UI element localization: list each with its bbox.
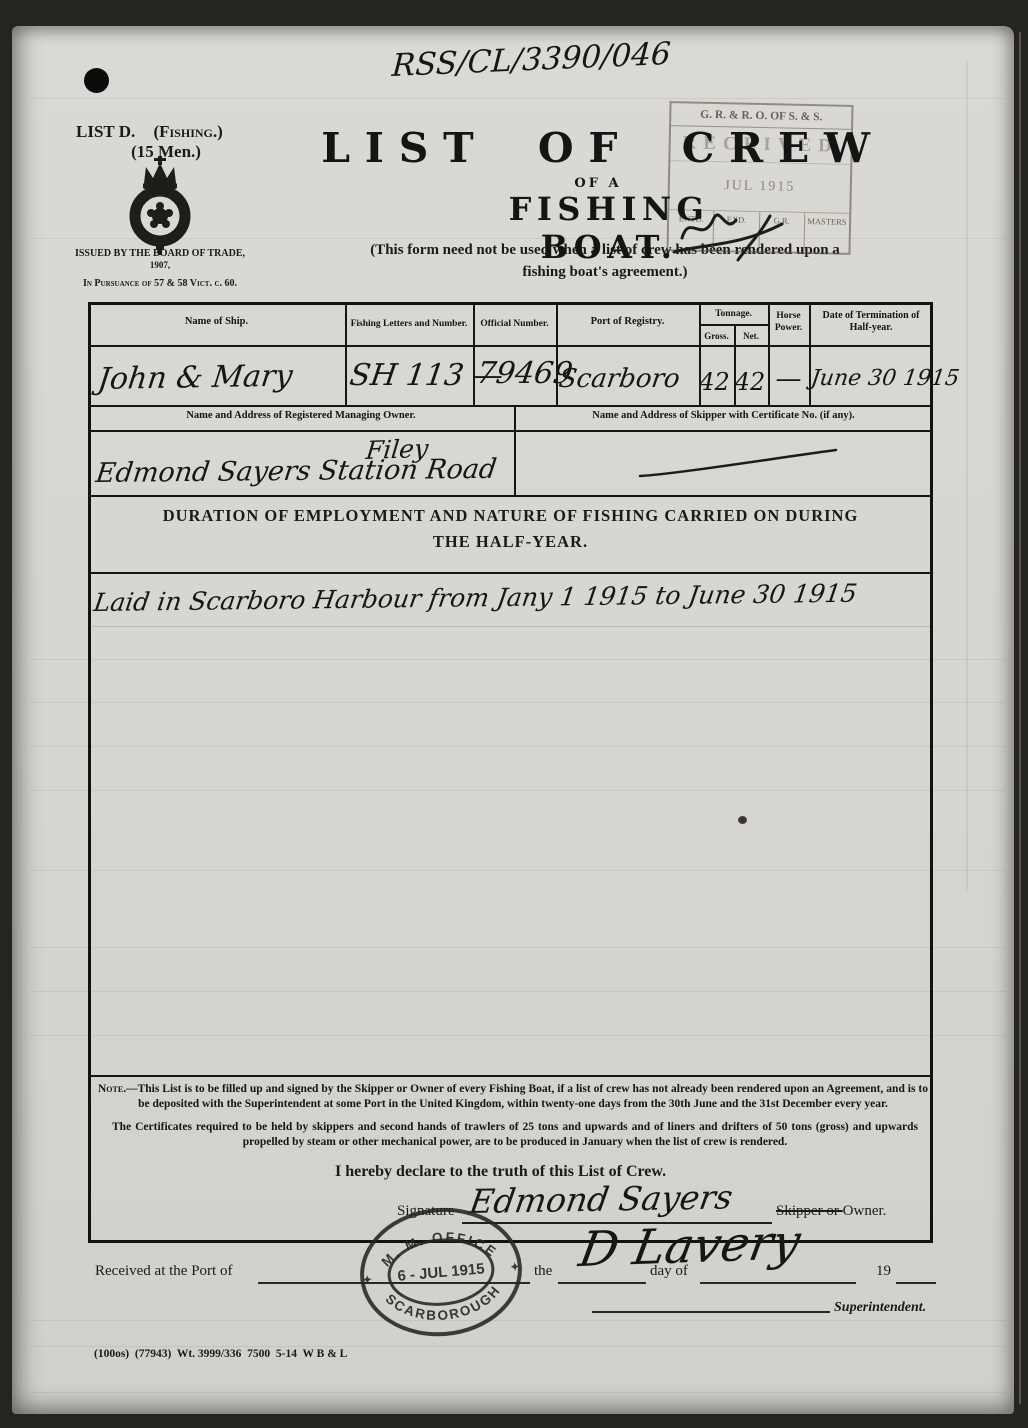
note-text-1: This List is to be filled up and signed … [138,1083,928,1110]
print-code: (100os) (77943) Wt. 3999/336 7500 5-14 W… [94,1348,347,1360]
header-fishing-letters: Fishing Letters and Number. [345,318,473,330]
stamp-right-mark: ✦ [510,1261,520,1274]
table-line [88,1075,933,1077]
show-through-line [30,98,1005,99]
entry-owner-name-address: Edmond Sayers Station Road [94,454,498,489]
skipper-dash-mark [636,444,842,480]
of-a-label: OF A [548,176,648,191]
table-line [88,405,933,407]
stamp-left-mark: ✦ [362,1274,372,1287]
declaration-statement: I hereby declare to the truth of this Li… [335,1163,666,1181]
issued-year: 1907, [60,260,260,270]
year-prefix: 19 [876,1263,891,1280]
fishing-label: (Fishing.) [153,122,222,141]
header-horse-power: Horse Power. [768,310,809,334]
mm-office-stamp: M. M. OFFICE SCARBOROUGH 6 - JUL 1915 ✦ … [348,1197,535,1348]
table-line [88,345,933,347]
superintendent-signature: D Lavery [575,1214,805,1278]
duration-heading-line2: THE HALF-YEAR. [88,532,933,552]
pursuance-line: In Pursuance of 57 & 58 Vict. c. 60. [52,278,268,289]
the-label: the [534,1263,552,1280]
note-text-2: The Certificates required to be held by … [112,1121,918,1148]
header-name-of-ship: Name of Ship. [88,316,345,328]
issued-by-line: ISSUED BY THE BOARD OF TRADE, [60,248,260,259]
header-skipper: Name and Address of Skipper with Certifi… [514,410,933,422]
note-paragraph-2: The Certificates required to be held by … [112,1120,918,1149]
entry-gross: 42 [697,368,732,396]
note-label: Note.— [98,1083,138,1095]
header-port-of-registry: Port of Registry. [556,316,699,328]
note-paragraph-1: Note.—This List is to be filled up and s… [98,1082,928,1111]
blank-line [592,1311,830,1313]
header-net: Net. [734,330,768,342]
owner-word: Owner. [843,1203,887,1219]
table-line [88,430,933,432]
stamp-date-text: 6 - JUL 1915 [397,1260,485,1285]
paper-crease [966,60,968,890]
handwritten-mark [668,194,788,264]
blank-line [896,1282,936,1284]
scanned-document: RSS/CL/3390/046 LIST D. (Fishing.) (15 M… [0,0,1028,1428]
stacked-page-edge [1019,32,1021,1404]
show-through-line [30,1392,1005,1393]
header-tonnage: Tonnage. [699,308,768,320]
header-managing-owner: Name and Address of Registered Managing … [88,410,514,422]
header-gross: Gross. [699,330,734,342]
stamp-cell-masters: MASTERS [804,213,849,252]
punch-hole [84,68,109,93]
duration-heading-line1: DURATION OF EMPLOYMENT AND NATURE OF FIS… [88,506,933,526]
entry-name-of-ship: John & Mary [96,359,295,397]
header-termination: Date of Termination of Half-year. [811,310,931,334]
list-label: LIST D. [76,122,135,141]
page-title: LIST OF CREW [308,124,898,172]
entry-port-of-registry: Scarboro [557,364,682,394]
blank-line [558,1282,646,1284]
entry-termination: June 30 1915 [809,366,961,391]
entry-net: 42 [733,368,767,396]
blank-line [700,1282,856,1284]
entry-horse-power: — [768,364,809,394]
header-official-number: Official Number. [473,318,556,330]
received-at-label: Received at the Port of [95,1263,232,1280]
table-line [88,495,933,497]
list-designation: LIST D. (Fishing.) [76,122,223,142]
show-through-line [30,1346,1005,1347]
superintendent-label: Superintendent. [834,1300,926,1316]
usage-note-line2: fishing boat's agreement.) [295,264,915,281]
board-of-trade-crest-icon [123,156,197,256]
table-line [88,572,933,574]
